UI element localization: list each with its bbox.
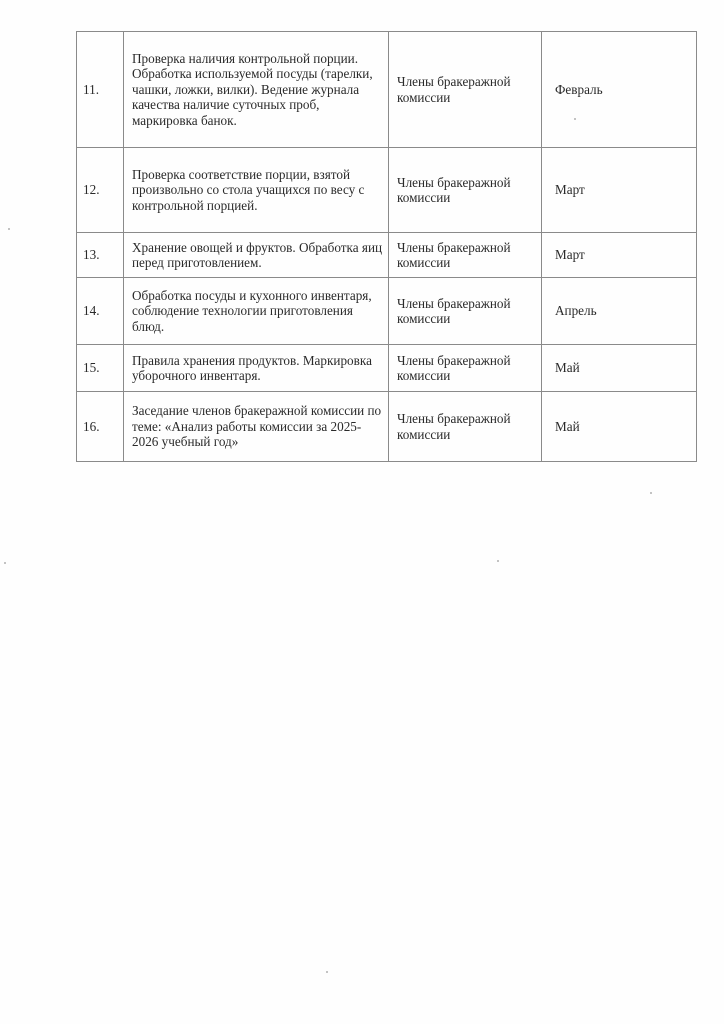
due-month: Март [542,233,697,278]
due-month: Февраль [542,32,697,148]
task-description: Проверка наличия контрольной порции. Обр… [124,32,389,148]
scan-speck [8,228,10,230]
scan-speck [574,118,576,120]
due-month: Март [542,148,697,233]
responsible-party: Члены бракеражной комиссии [389,148,542,233]
document-page: 11. Проверка наличия контрольной порции.… [0,0,724,1024]
responsible-party: Члены бракеражной комиссии [389,345,542,392]
table-row: 14. Обработка посуды и кухонного инвента… [77,278,697,345]
scan-speck [4,562,6,564]
task-description: Проверка соответствие порции, взятой про… [124,148,389,233]
table-row: 16. Заседание членов бракеражной комисси… [77,392,697,462]
due-month: Май [542,345,697,392]
task-description: Заседание членов бракеражной комиссии по… [124,392,389,462]
task-description: Хранение овощей и фруктов. Обработка яиц… [124,233,389,278]
row-number: 14. [77,278,124,345]
due-month: Май [542,392,697,462]
task-description: Правила хранения продуктов. Маркировка у… [124,345,389,392]
responsible-party: Члены бракеражной комиссии [389,392,542,462]
due-month: Апрель [542,278,697,345]
scan-speck [650,492,652,494]
commission-plan-table: 11. Проверка наличия контрольной порции.… [76,31,697,462]
row-number: 15. [77,345,124,392]
row-number: 12. [77,148,124,233]
scan-speck [326,971,328,973]
row-number: 11. [77,32,124,148]
table-row: 13. Хранение овощей и фруктов. Обработка… [77,233,697,278]
task-description: Обработка посуды и кухонного инвентаря, … [124,278,389,345]
responsible-party: Члены бракеражной комиссии [389,233,542,278]
row-number: 16. [77,392,124,462]
scan-speck [497,560,499,562]
table-row: 11. Проверка наличия контрольной порции.… [77,32,697,148]
responsible-party: Члены бракеражной комиссии [389,278,542,345]
table-row: 15. Правила хранения продуктов. Маркиров… [77,345,697,392]
row-number: 13. [77,233,124,278]
table-row: 12. Проверка соответствие порции, взятой… [77,148,697,233]
responsible-party: Члены бракеражной комиссии [389,32,542,148]
